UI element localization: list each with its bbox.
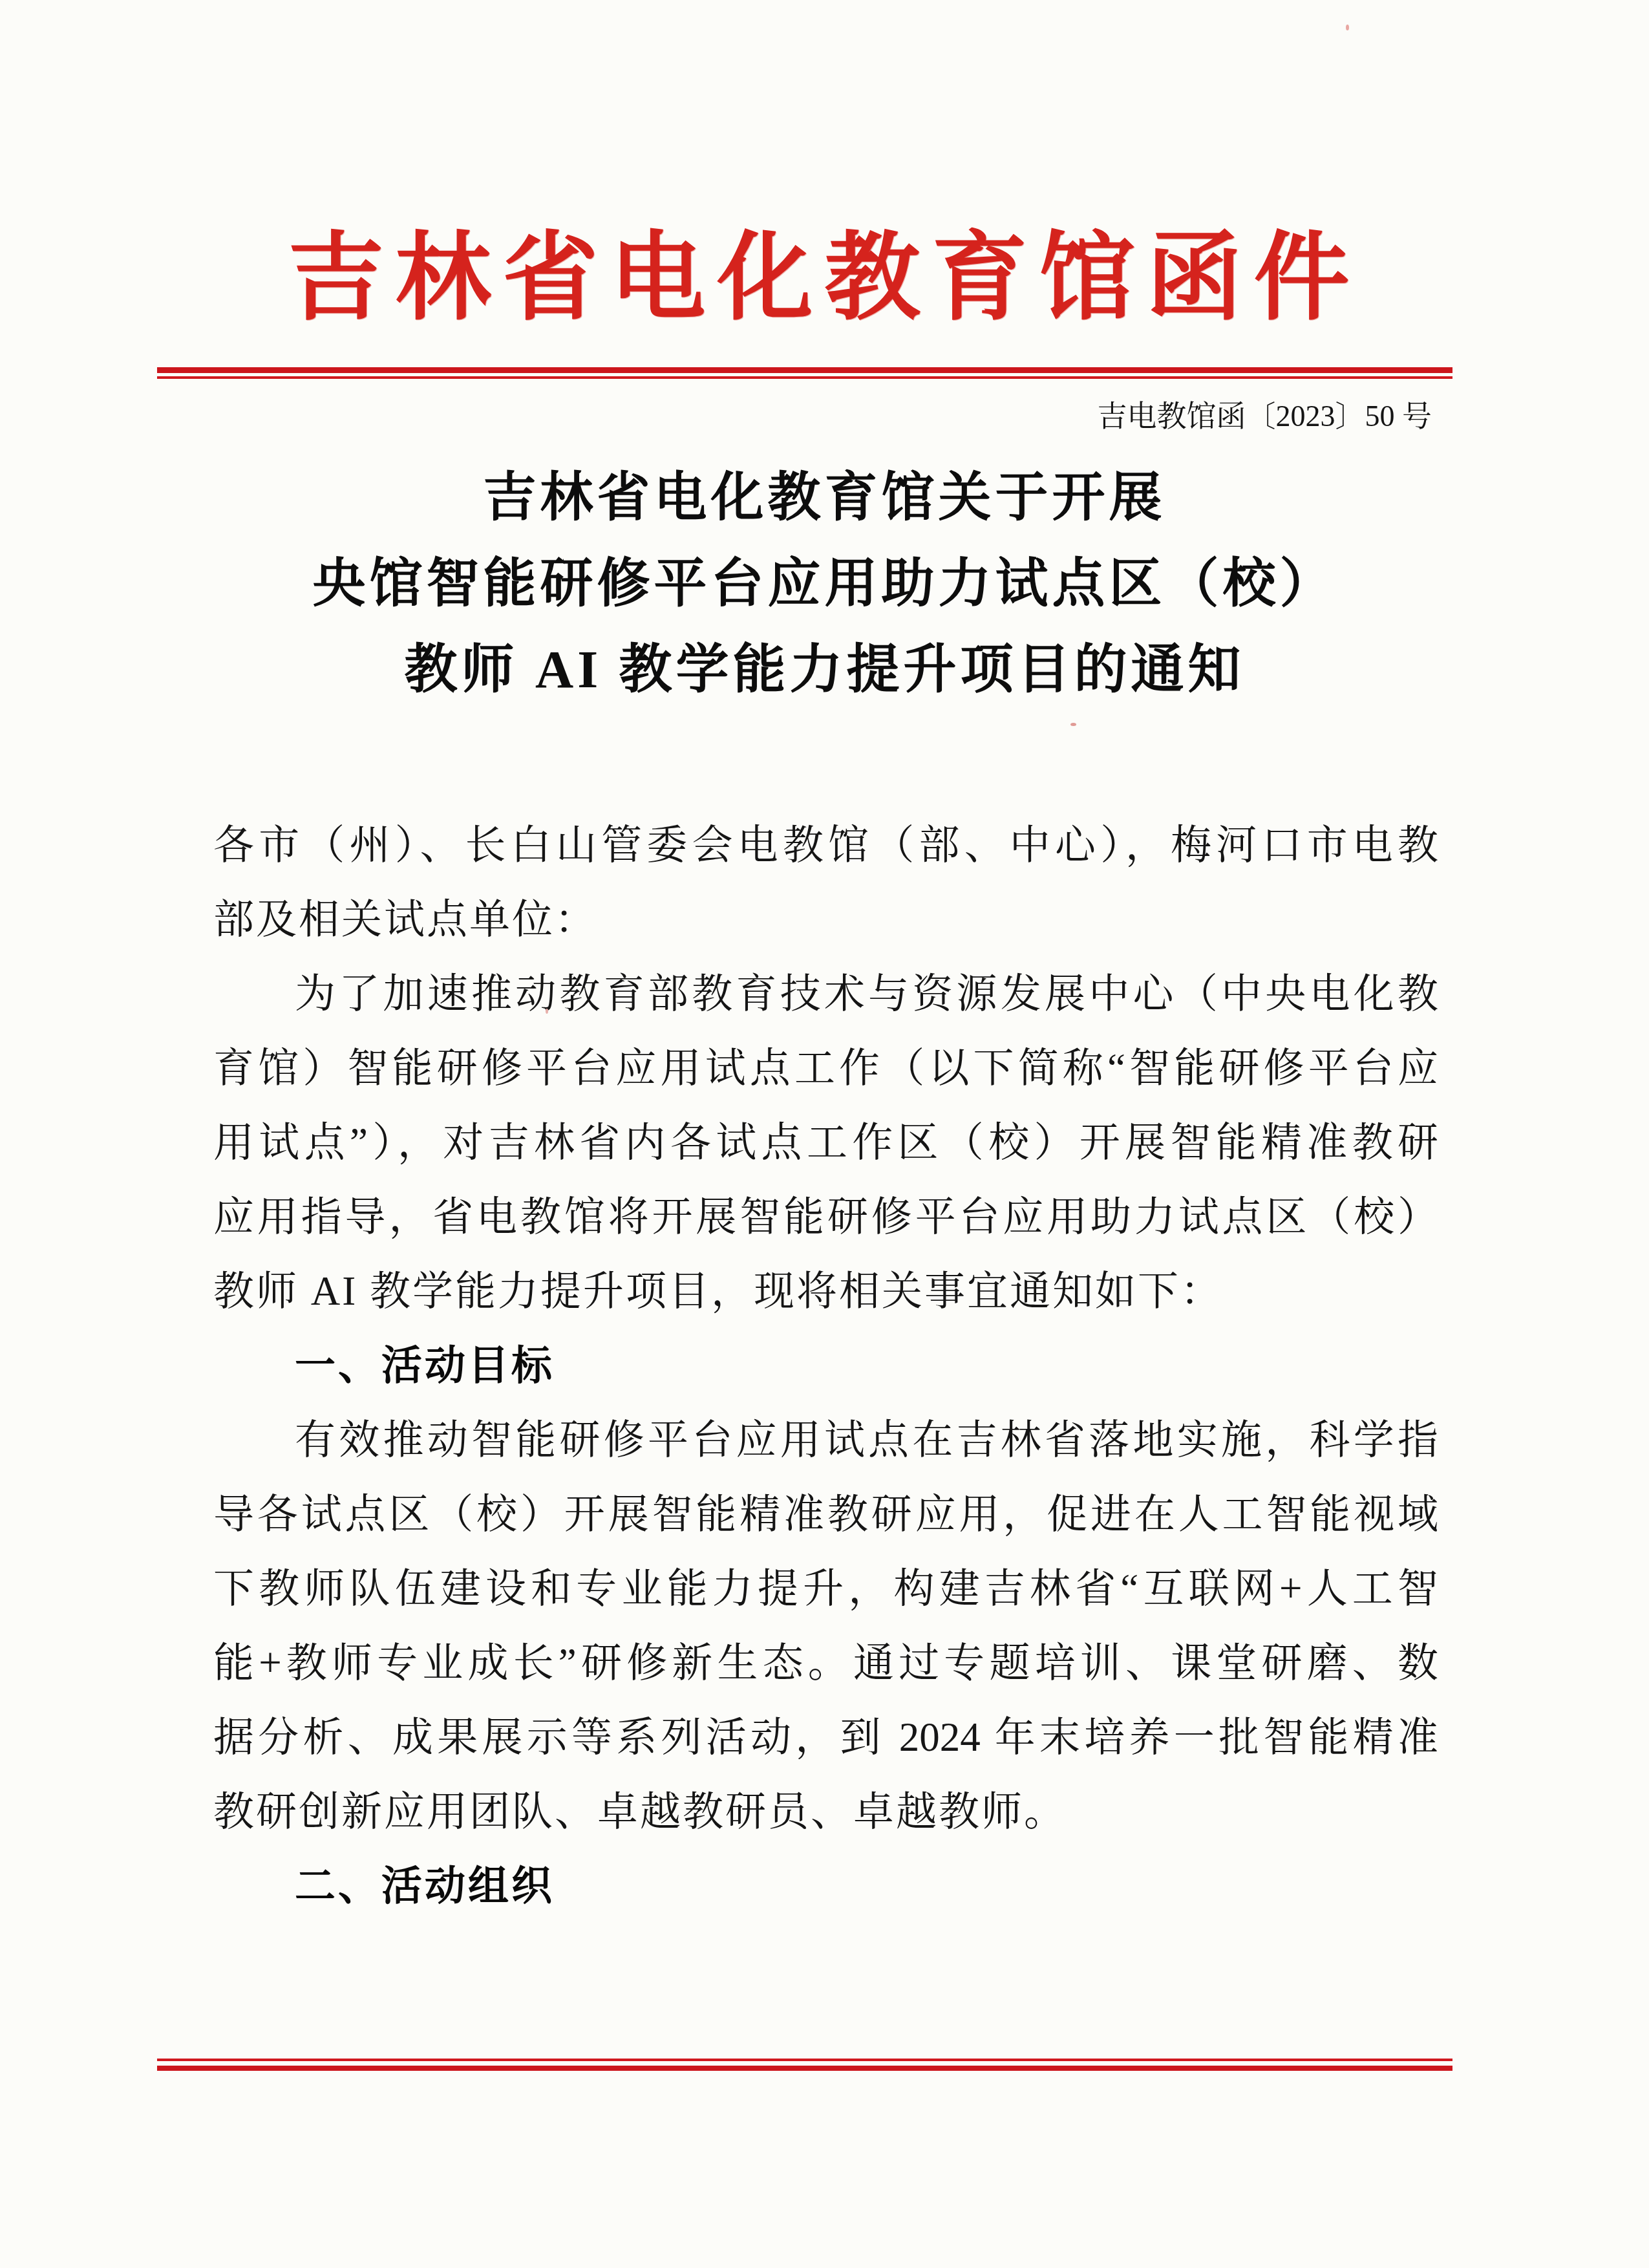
- body-text: 各市（州）、长白山管委会电教馆（部、中心），梅河口市电教部及相关试点单位：为了加…: [213, 808, 1438, 1923]
- notice-title-line-3: 教师 AI 教学能力提升项目的通知: [0, 626, 1649, 712]
- section-heading-activity-goals: 一、活动目标: [213, 1329, 1438, 1403]
- header-rule-thin: [157, 376, 1452, 379]
- para2-line-2: 导各试点区（校）开展智能精准教研应用，促进在人工智能视域: [213, 1477, 1438, 1552]
- para1-line-5: 教师 AI 教学能力提升项目，现将相关事宜通知如下：: [213, 1254, 1438, 1329]
- para2-line-4: 能+教师专业成长”研修新生态。通过专题培训、课堂研磨、数: [213, 1626, 1438, 1700]
- footer-rule-thick: [157, 2066, 1452, 2071]
- scan-speck: [1070, 723, 1076, 726]
- header-rule-thick: [157, 367, 1452, 373]
- para1-line-1: 为了加速推动教育部教育技术与资源发展中心（中央电化教: [213, 957, 1438, 1031]
- para2-line-5: 据分析、成果展示等系列活动，到 2024 年末培养一批智能精准: [213, 1700, 1438, 1775]
- notice-title-line-2: 央馆智能研修平台应用助力试点区（校）: [0, 540, 1649, 626]
- notice-title-line-1: 吉林省电化教育馆关于开展: [0, 455, 1649, 540]
- para1-line-4: 应用指导，省电教馆将开展智能研修平台应用助力试点区（校）: [213, 1180, 1438, 1254]
- para2-line-6: 教研创新应用团队、卓越教研员、卓越教师。: [213, 1775, 1438, 1849]
- para1-line-2: 育馆）智能研修平台应用试点工作（以下简称“智能研修平台应: [213, 1031, 1438, 1106]
- notice-title: 吉林省电化教育馆关于开展 央馆智能研修平台应用助力试点区（校） 教师 AI 教学…: [0, 455, 1649, 712]
- recipient-line-2: 部及相关试点单位：: [213, 883, 1438, 957]
- letterhead-title: 吉林省电化教育馆函件: [0, 224, 1649, 334]
- scan-speck: [546, 1009, 548, 1014]
- para2-line-3: 下教师队伍建设和专业能力提升，构建吉林省“互联网+人工智: [213, 1552, 1438, 1626]
- scan-speck: [1346, 25, 1349, 30]
- document-number: 吉电教馆函〔2023〕50 号: [0, 396, 1432, 437]
- section-heading-activity-organization: 二、活动组织: [213, 1849, 1438, 1923]
- para1-line-3: 用试点”），对吉林省内各试点工作区（校）开展智能精准教研: [213, 1106, 1438, 1180]
- footer-rule-thin: [157, 2059, 1452, 2061]
- para2-line-1: 有效推动智能研修平台应用试点在吉林省落地实施，科学指: [213, 1403, 1438, 1477]
- recipient-line-1: 各市（州）、长白山管委会电教馆（部、中心），梅河口市电教: [213, 808, 1438, 883]
- document-page: 吉林省电化教育馆函件 吉电教馆函〔2023〕50 号 吉林省电化教育馆关于开展 …: [0, 0, 1649, 2268]
